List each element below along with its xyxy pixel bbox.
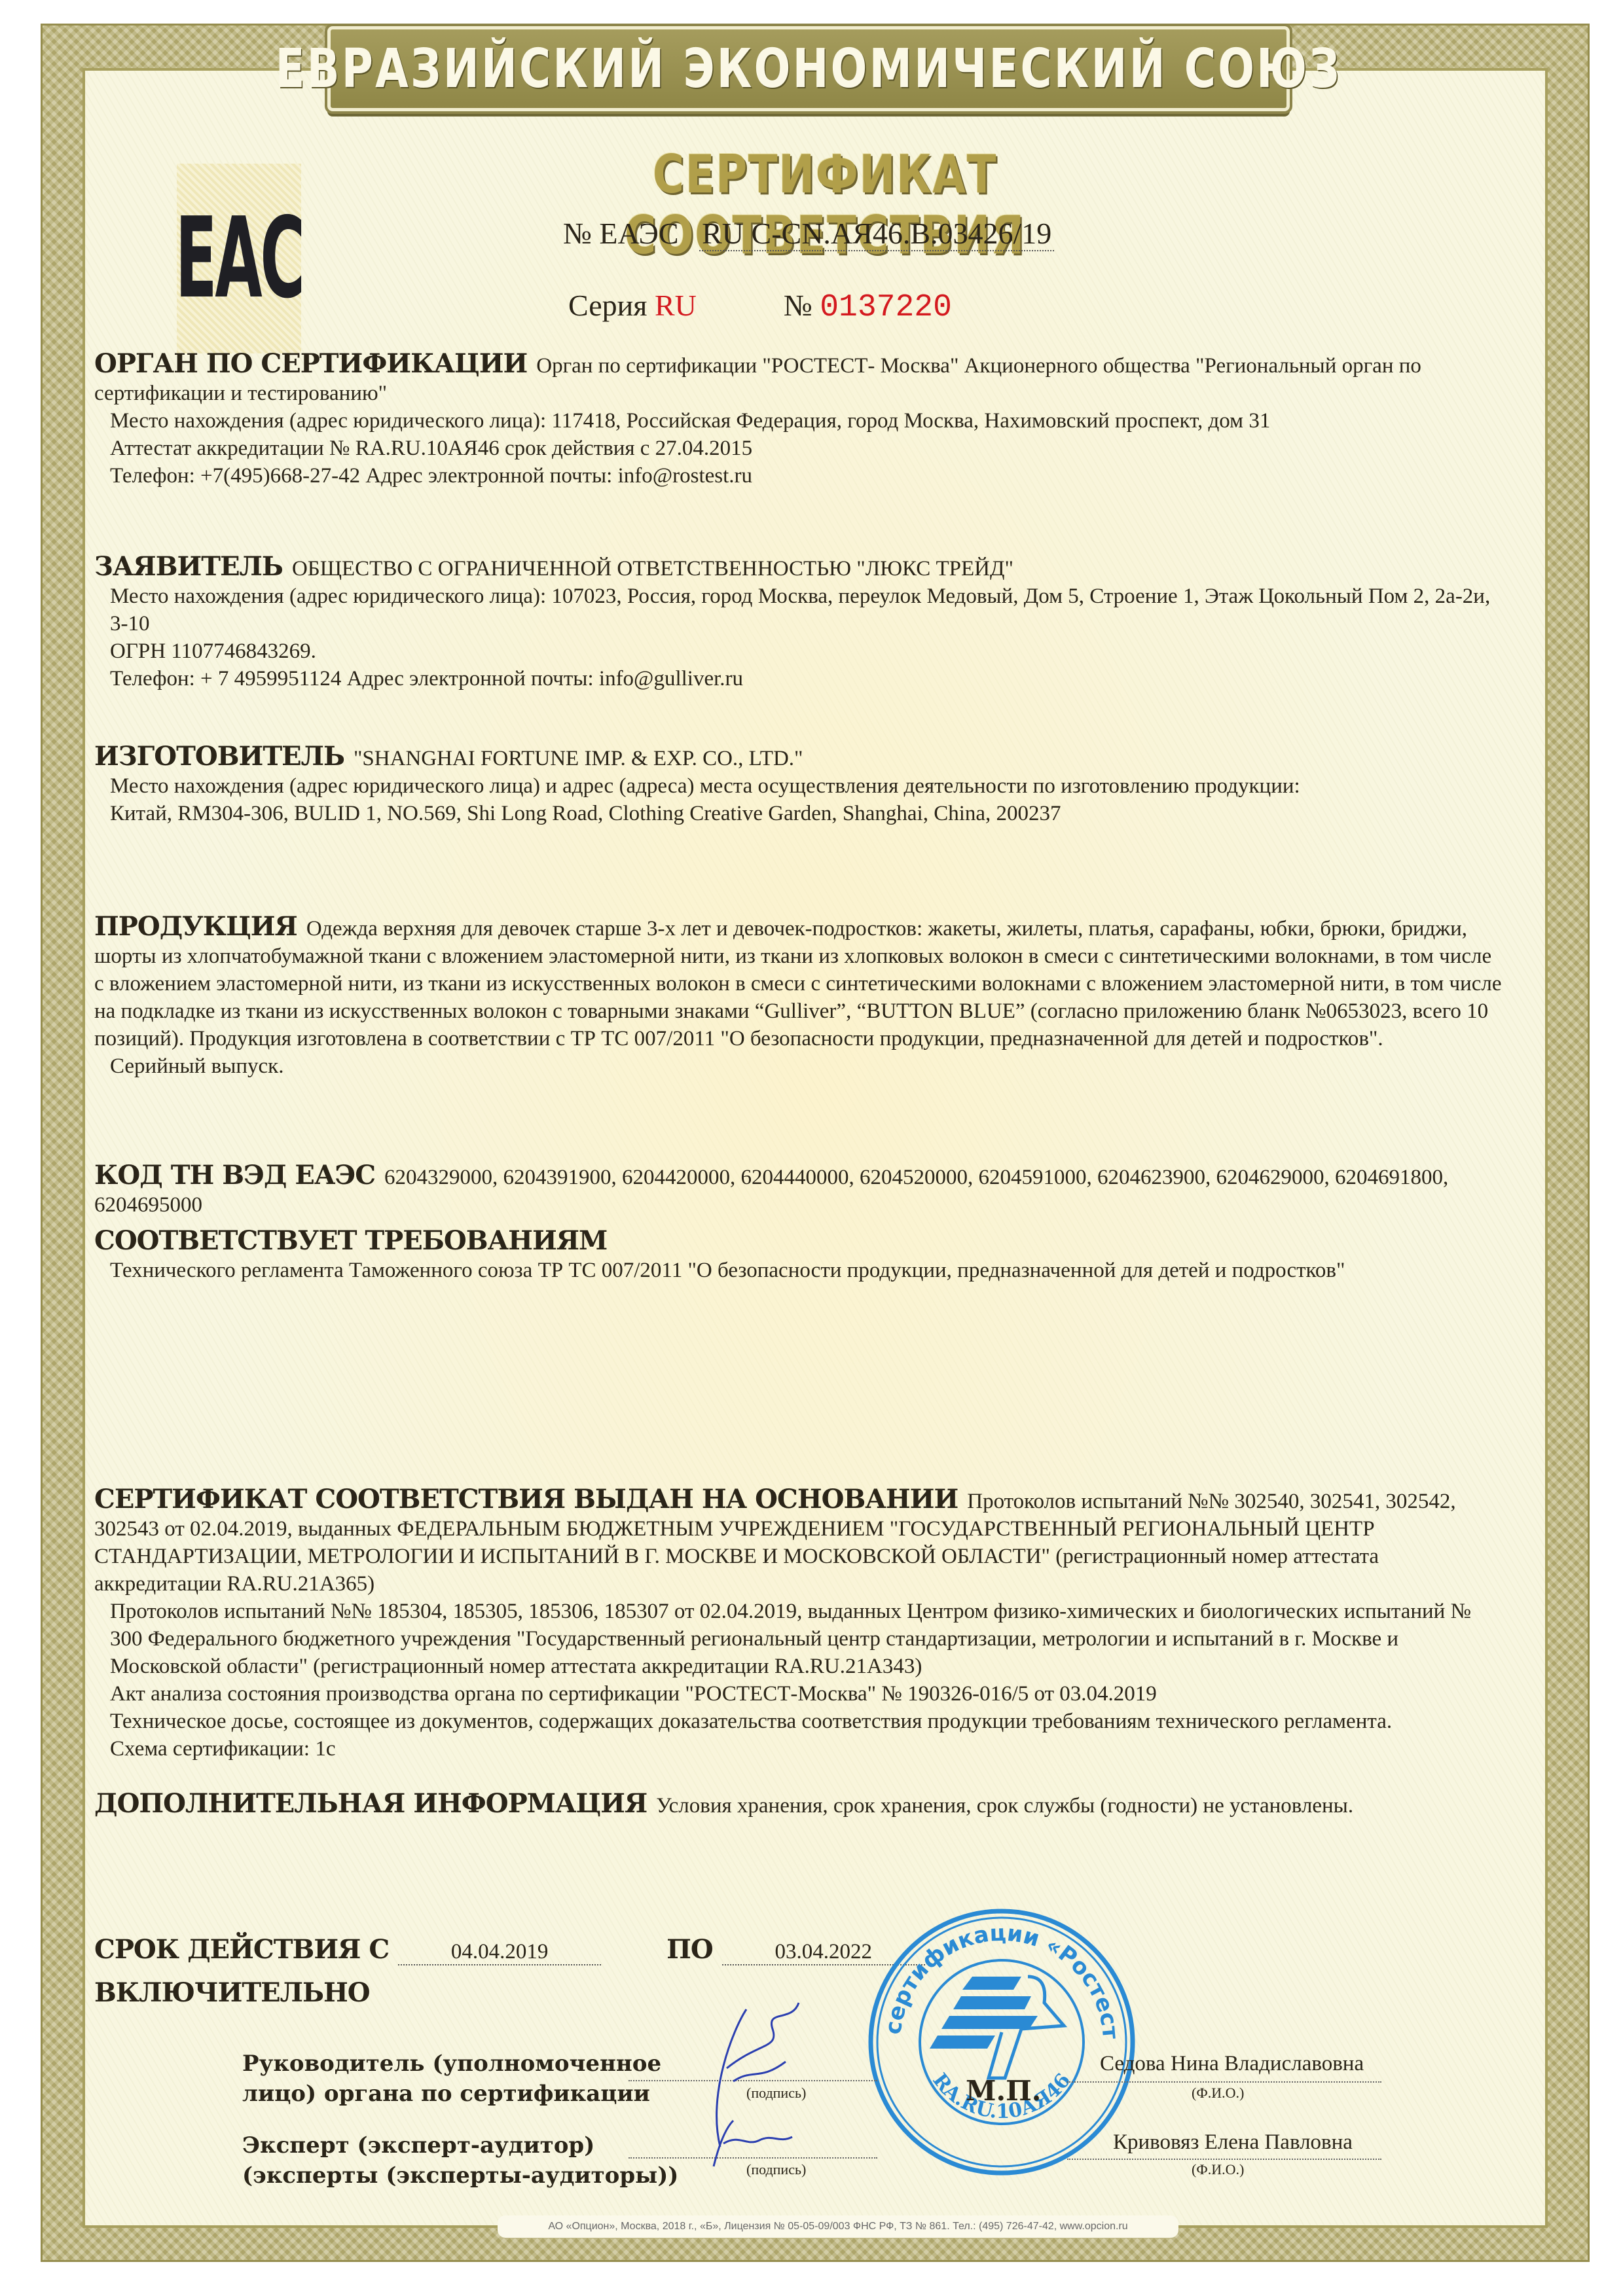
certification-body-accreditation: Аттестат аккредитации № RA.RU.10АЯ46 сро… [94, 435, 1502, 462]
certification-body-address: Место нахождения (адрес юридического лиц… [94, 407, 1502, 435]
expert-name: Кривовяз Елена Павловна [1113, 2130, 1353, 2155]
union-banner: ЕВРАЗИЙСКИЙ ЭКОНОМИЧЕСКИЙ СОЮЗ [327, 26, 1290, 111]
applicant-contacts: Телефон: + 7 4959951124 Адрес электронно… [94, 665, 1502, 692]
validity-from-label: СРОК ДЕЙСТВИЯ С [94, 1934, 389, 1965]
additional-text: Условия хранения, срок хранения, срок сл… [656, 1794, 1353, 1818]
requirements-heading: СООТВЕТСТВУЕТ ТРЕБОВАНИЯМ [94, 1225, 607, 1256]
section-requirements: СООТВЕТСТВУЕТ ТРЕБОВАНИЯМ Технического р… [94, 1227, 1502, 1284]
hs-codes-heading: КОД ТН ВЭД ЕАЭС [94, 1160, 375, 1191]
certification-body-contacts: Телефон: +7(495)668-27-42 Адрес электрон… [94, 462, 1502, 490]
basis-technical-file: Техническое досье, состоящее из документ… [94, 1708, 1502, 1735]
union-banner-text: ЕВРАЗИЙСКИЙ ЭКОНОМИЧЕСКИЙ СОЮЗ [276, 38, 1342, 100]
section-basis: СЕРТИФИКАТ СООТВЕТСТВИЯ ВЫДАН НА ОСНОВАН… [94, 1486, 1502, 1763]
section-applicant: ЗАЯВИТЕЛЬОБЩЕСТВО С ОГРАНИЧЕННОЙ ОТВЕТСТ… [94, 553, 1502, 692]
section-certification-body: ОРГАН ПО СЕРТИФИКАЦИИОрган по сертификац… [94, 350, 1502, 490]
expert-label-line-1: Эксперт (эксперт-аудитор) [242, 2130, 678, 2161]
basis-heading: СЕРТИФИКАТ СООТВЕТСТВИЯ ВЫДАН НА ОСНОВАН… [94, 1484, 958, 1515]
number-value: RU C-CN.АЯ46.В.03426/19 [699, 217, 1054, 251]
blank-number-label: № [784, 289, 812, 322]
head-label-line-2: лицо) органа по сертификации [242, 2079, 661, 2109]
eac-mark: ЕАС [177, 164, 301, 353]
printer-imprint: АО «Опцион», Москва, 2018 г., «Б», Лицен… [498, 2215, 1178, 2238]
blank-number-value: 0137220 [820, 290, 952, 325]
expert-fio-line [1067, 2159, 1381, 2160]
applicant-name: ОБЩЕСТВО С ОГРАНИЧЕННОЙ ОТВЕТСТВЕННОСТЬЮ… [292, 557, 1013, 581]
section-hs-codes: КОД ТН ВЭД ЕАЭС6204329000, 6204391900, 6… [94, 1162, 1502, 1219]
basis-production-analysis: Акт анализа состояния производства орган… [94, 1680, 1502, 1708]
head-name: Седова Нина Владиславовна [1100, 2052, 1364, 2076]
section-additional-info: ДОПОЛНИТЕЛЬНАЯ ИНФОРМАЦИЯУсловия хранени… [94, 1790, 1502, 1820]
product-heading: ПРОДУКЦИЯ [94, 911, 297, 942]
seal-stamp-icon: Орган по сертификации «Ростест-Москва» R… [864, 1905, 1139, 2179]
seal-label: М.П. [966, 2075, 1041, 2107]
eac-logo-icon: ЕАС [175, 194, 303, 323]
section-product: ПРОДУКЦИЯОдежда верхняя для девочек стар… [94, 913, 1502, 1080]
validity-to-label: ПО [666, 1934, 713, 1965]
head-label-line-1: Руководитель (уполномоченное [242, 2049, 661, 2079]
number-label: № ЕАЭС [563, 217, 679, 250]
expert-signature-icon [701, 2114, 799, 2173]
applicant-address: Место нахождения (адрес юридического лиц… [94, 583, 1502, 637]
requirements-text: Технического регламента Таможенного союз… [94, 1257, 1502, 1284]
certificate-number: № ЕАЭС RU C-CN.АЯ46.В.03426/19 [563, 216, 1054, 251]
manufacturer-name: "SHANGHAI FORTUNE IMP. & EXP. CO., LTD." [354, 747, 803, 770]
head-fio-caption: (Ф.И.О.) [1192, 2085, 1244, 2102]
expert-fio-caption: (Ф.И.О.) [1192, 2161, 1244, 2178]
manufacturer-address: Китай, RM304-306, BULID 1, NO.569, Shi L… [94, 800, 1502, 827]
series-value: RU [655, 289, 697, 322]
expert-label: Эксперт (эксперт-аудитор) (эксперты (экс… [242, 2130, 678, 2191]
applicant-ogrn: ОГРН 1107746843269. [94, 637, 1502, 665]
applicant-heading: ЗАЯВИТЕЛЬ [94, 551, 283, 582]
manufacturer-heading: ИЗГОТОВИТЕЛЬ [94, 741, 344, 772]
manufacturer-address-label: Место нахождения (адрес юридического лиц… [94, 772, 1502, 800]
series-label: Серия [568, 289, 647, 322]
head-label: Руководитель (уполномоченное лицо) орган… [242, 2049, 661, 2109]
certification-body-heading: ОРГАН ПО СЕРТИФИКАЦИИ [94, 348, 527, 379]
blank-series: Серия RU № 0137220 [568, 288, 952, 325]
product-release: Серийный выпуск. [94, 1052, 1502, 1080]
basis-protocols-2: Протоколов испытаний №№ 185304, 185305, … [94, 1598, 1502, 1680]
expert-label-line-2: (эксперты (эксперты-аудиторы)) [242, 2161, 678, 2191]
head-fio-line [1067, 2081, 1381, 2083]
product-description: Одежда верхняя для девочек старше 3-х ле… [94, 917, 1502, 1050]
section-manufacturer: ИЗГОТОВИТЕЛЬ"SHANGHAI FORTUNE IMP. & EXP… [94, 743, 1502, 827]
additional-heading: ДОПОЛНИТЕЛЬНАЯ ИНФОРМАЦИЯ [94, 1788, 647, 1819]
basis-scheme: Схема сертификации: 1с [94, 1735, 1502, 1763]
validity-from-date: 04.04.2019 [398, 1940, 601, 1965]
